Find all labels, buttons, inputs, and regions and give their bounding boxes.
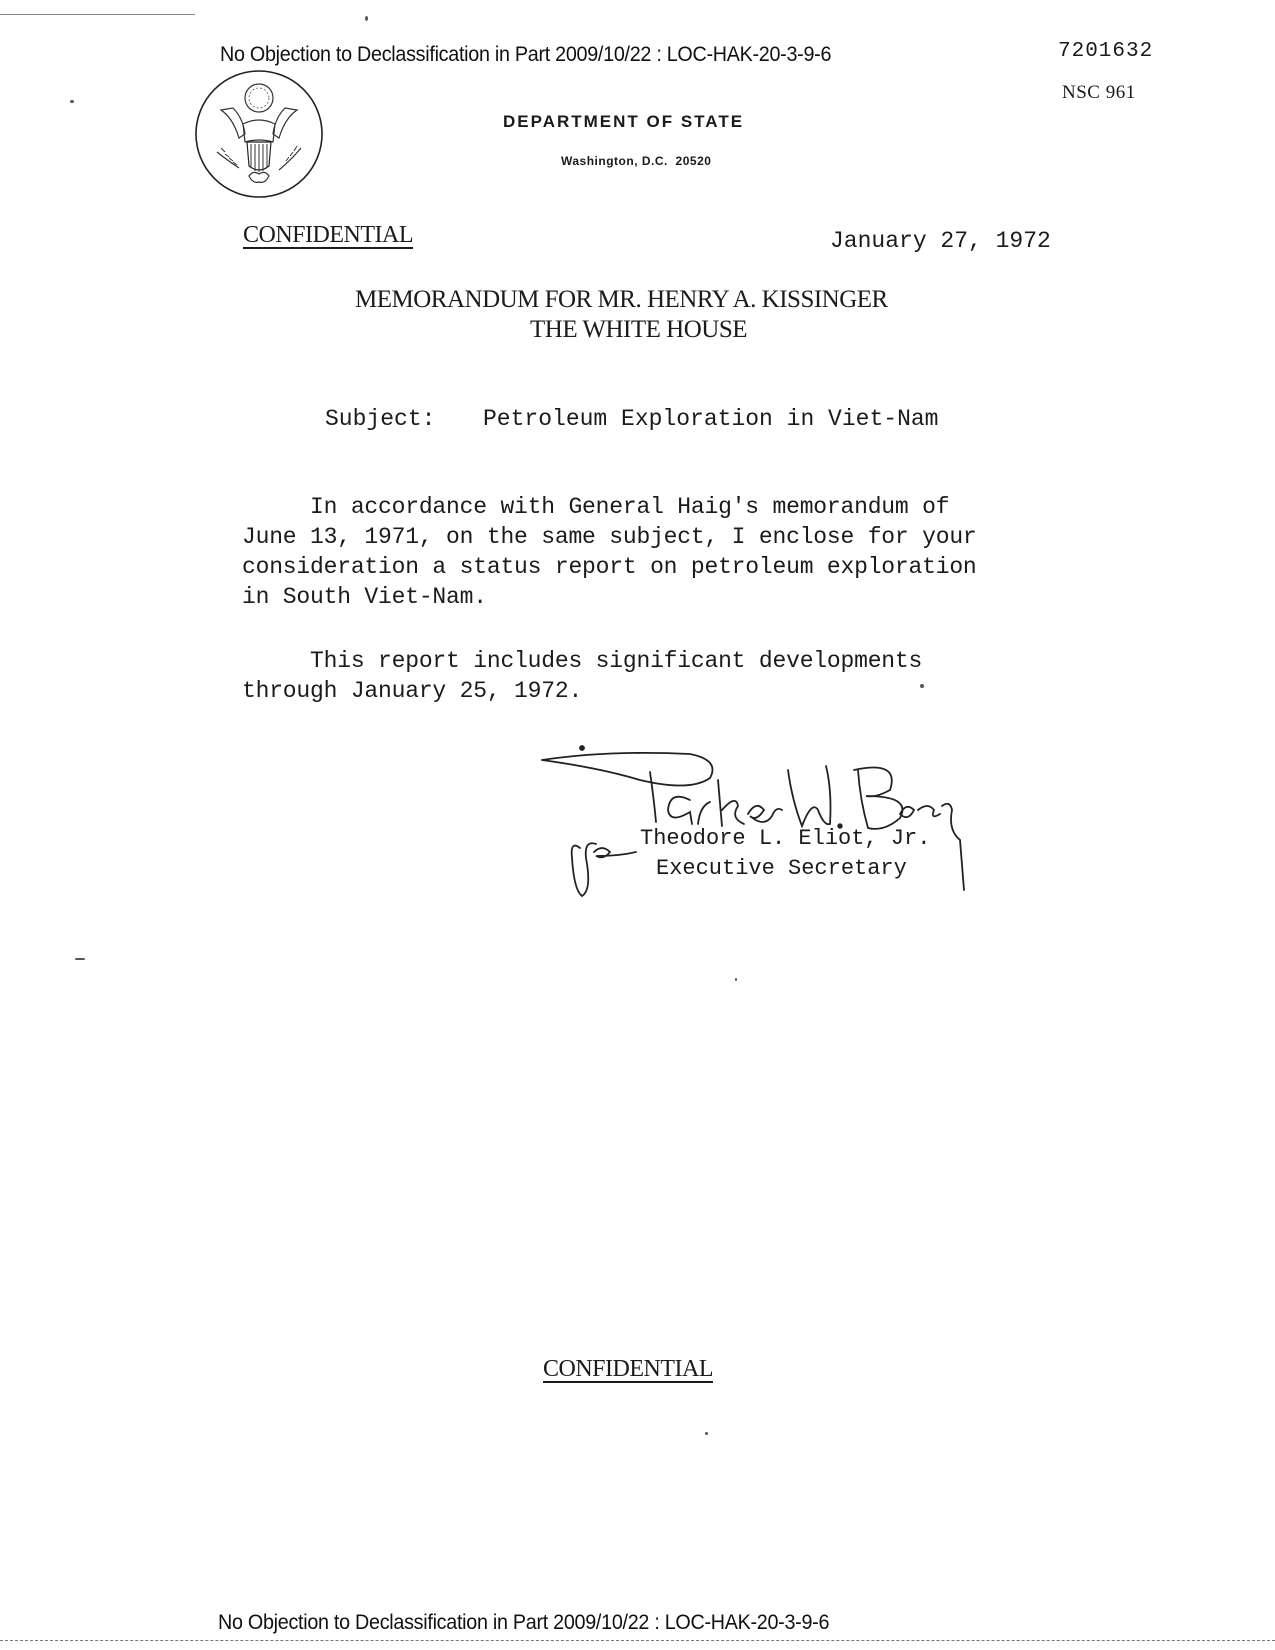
nsc-number: NSC 961 (1062, 82, 1136, 104)
scan-speck (920, 684, 924, 688)
scan-speck (705, 1432, 708, 1435)
department-title: DEPARTMENT OF STATE (503, 112, 744, 132)
declassification-notice-bottom: No Objection to Declassification in Part… (218, 1611, 829, 1635)
body-paragraph: This report includes significant develop… (242, 646, 922, 706)
scan-speck (735, 978, 737, 981)
classification-marking-bottom: CONFIDENTIAL (543, 1356, 713, 1383)
signer-name: Theodore L. Eliot, Jr. (640, 826, 930, 851)
scan-speck (75, 958, 85, 960)
classification-marking-top: CONFIDENTIAL (243, 222, 413, 249)
great-seal-icon (193, 68, 325, 200)
body-paragraph: In accordance with General Haig's memora… (242, 492, 977, 612)
memo-addressee-office: THE WHITE HOUSE (530, 316, 747, 344)
scan-edge-rule-bottom (0, 1640, 1275, 1641)
signer-title: Executive Secretary (656, 856, 907, 881)
department-address: Washington, D.C. 20520 (561, 154, 711, 168)
declassification-notice-top: No Objection to Declassification in Part… (220, 43, 831, 67)
subject-text: Petroleum Exploration in Viet-Nam (483, 406, 938, 432)
subject-label: Subject: (325, 406, 435, 432)
scan-edge-rule (0, 14, 195, 15)
scan-speck (365, 16, 368, 21)
scan-speck (70, 100, 74, 103)
document-number: 7201632 (1058, 40, 1153, 63)
memo-date: January 27, 1972 (830, 228, 1051, 254)
memo-addressee: MEMORANDUM FOR MR. HENRY A. KISSINGER (355, 286, 888, 314)
